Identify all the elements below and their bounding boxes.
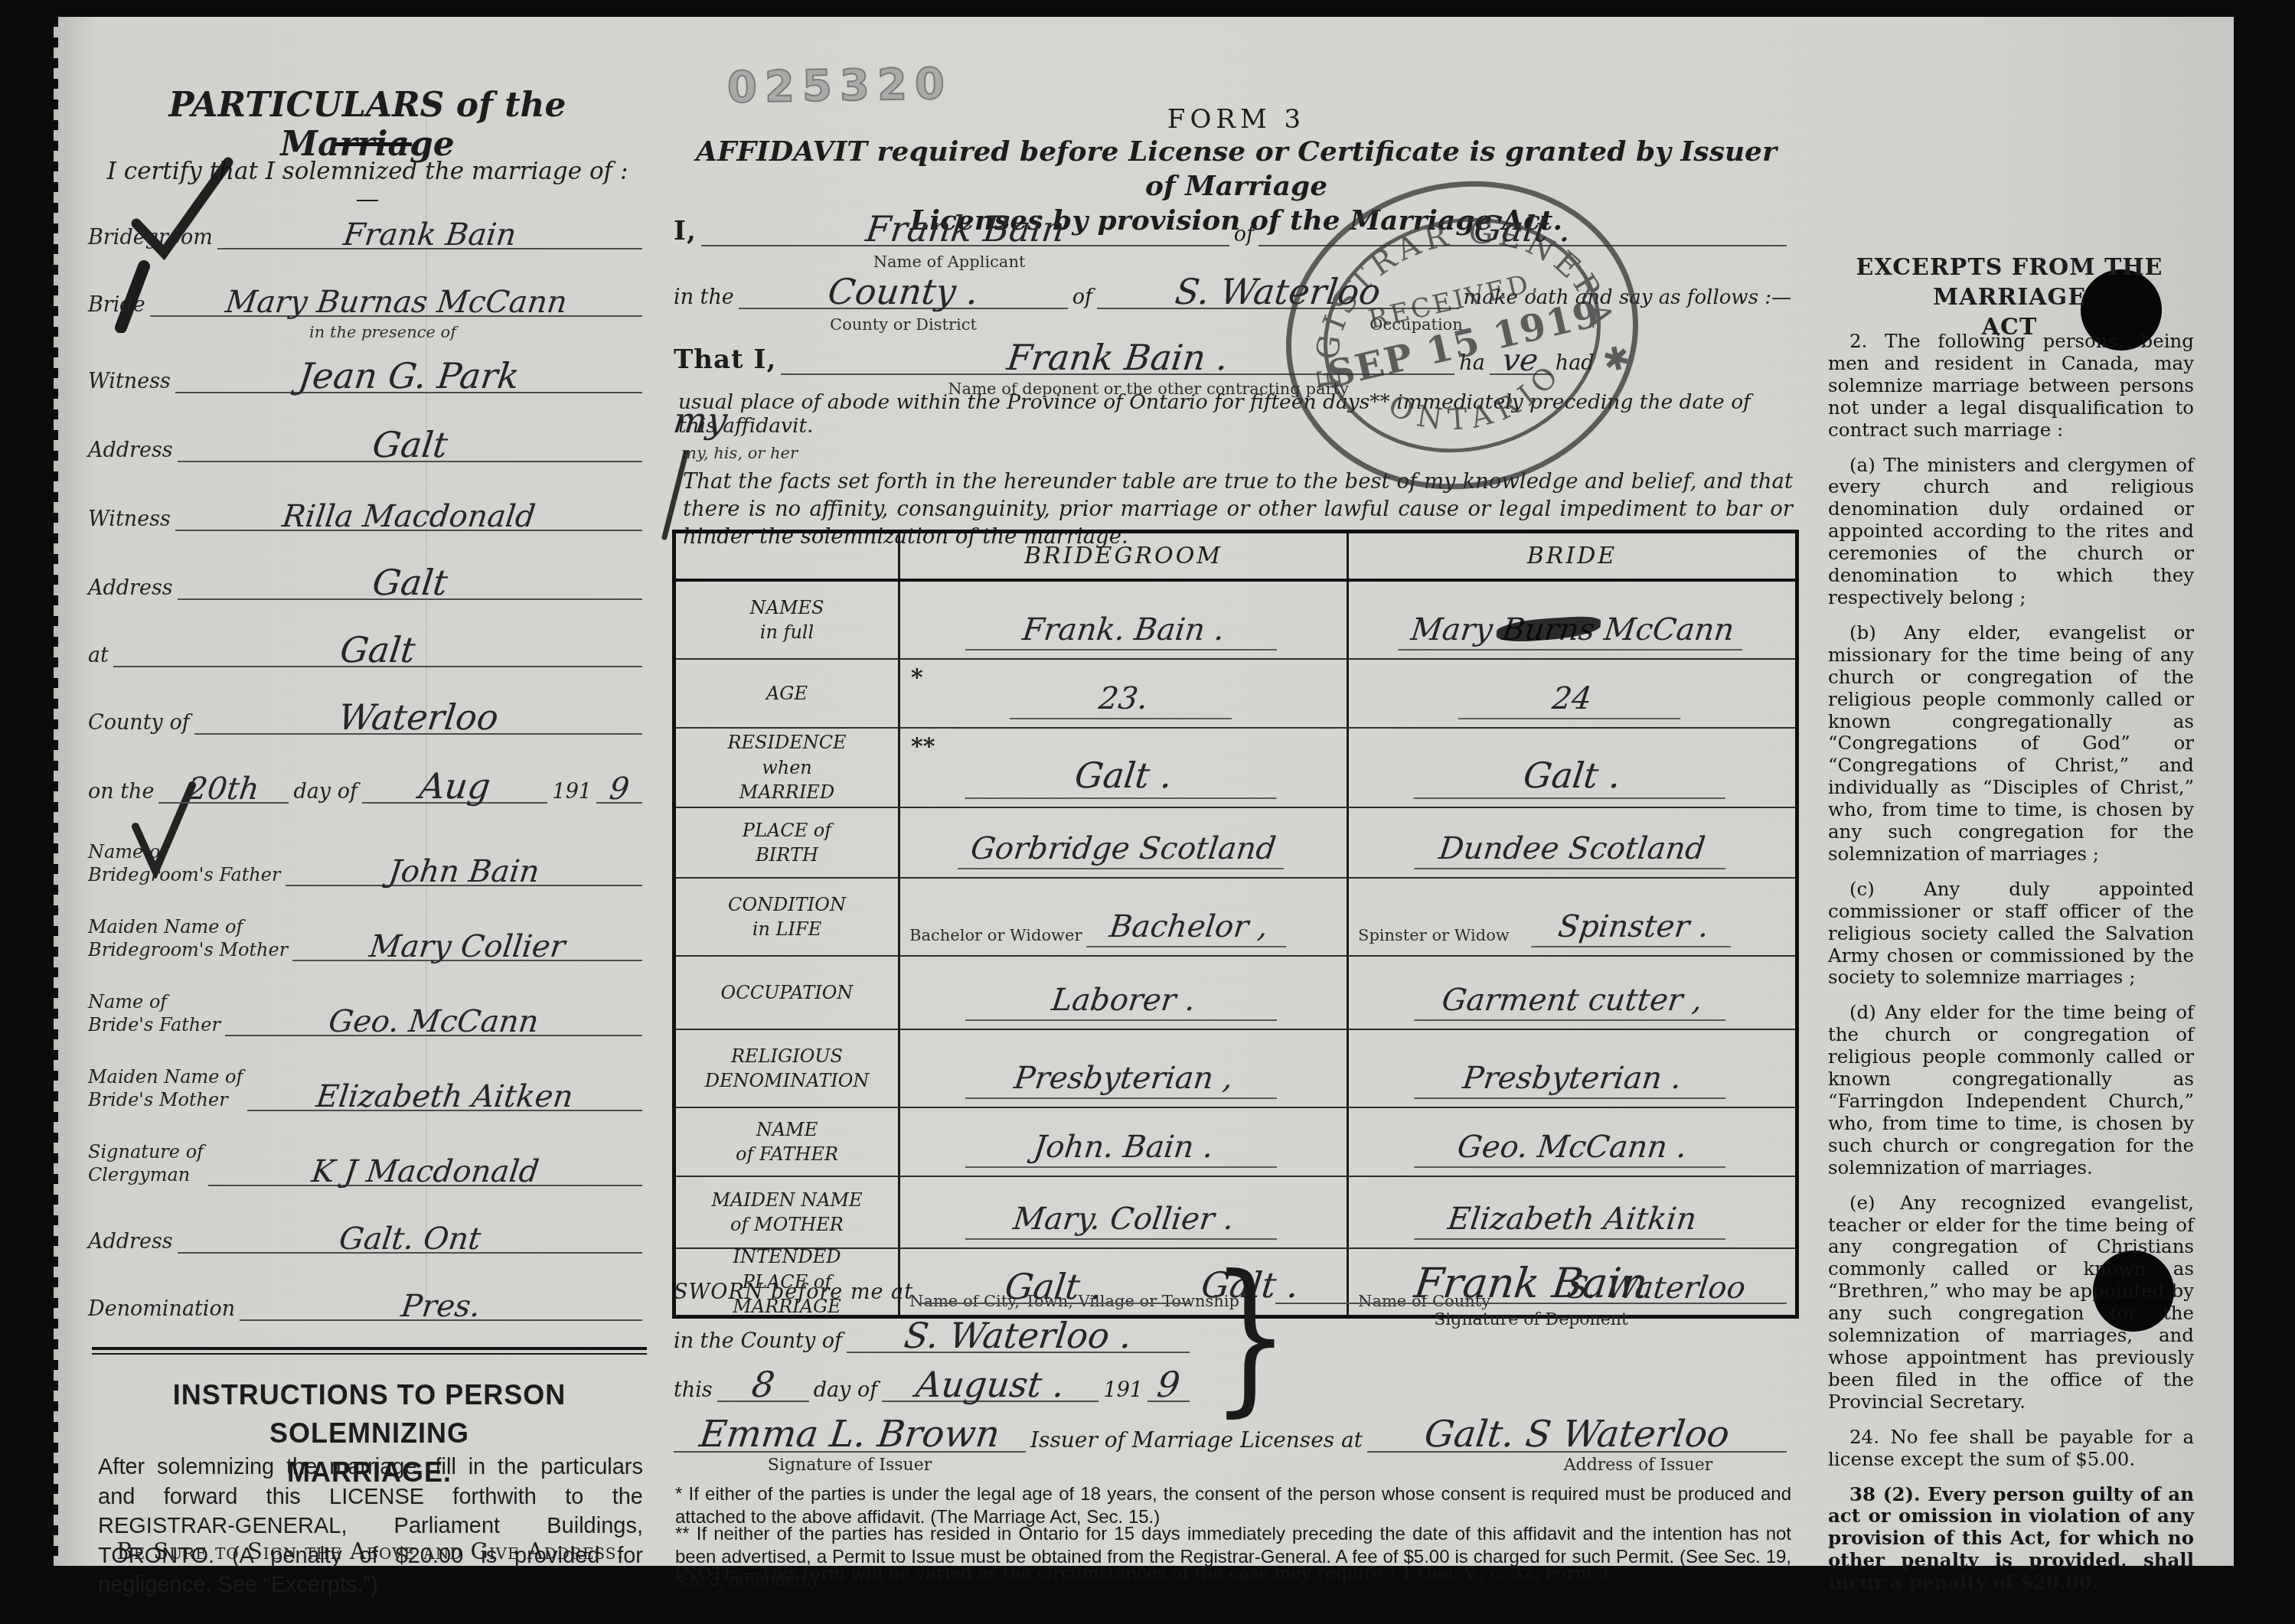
handwritten-value: Pres. — [237, 1289, 645, 1324]
groom-condition: Bachelor , — [1086, 909, 1291, 947]
table-row-mother: MAIDEN NAME of MOTHER Mary. Collier . El… — [676, 1176, 1795, 1247]
field-line: Rilla Macdonald — [175, 523, 642, 531]
issuer-address: Galt. S Waterloo — [1365, 1413, 1790, 1456]
sworn-year-line: 9 — [1147, 1394, 1190, 1402]
field-line: Geo. McCann — [225, 1029, 642, 1036]
row-label: PLACE of BIRTH — [676, 808, 900, 877]
field-line: Galt — [178, 455, 642, 462]
bride-surname: McCann — [1602, 612, 1736, 647]
handwritten-year: 9 — [594, 771, 645, 807]
year-line: 9 — [596, 796, 642, 804]
sworn-day-of-label: day of — [814, 1378, 877, 1402]
torn-left-edge — [49, 17, 58, 1566]
field-label: Address — [88, 1230, 173, 1254]
table-row-names: NAMES in full Frank. Bain . Mary Burns M… — [676, 582, 1795, 658]
sworn-year: 9 — [1145, 1364, 1193, 1405]
field-groom-father: Name of Bridegroom's Father John Bain — [88, 831, 647, 886]
divider-rule-2 — [92, 1353, 647, 1355]
issuer-row: Emma L. Brown Issuer of Marriage License… — [674, 1407, 1791, 1453]
sworn-month: August . — [880, 1364, 1102, 1405]
day-of-label: day of — [293, 780, 357, 804]
issuer-signature: Emma L. Brown — [671, 1413, 1029, 1456]
groom-father: John. Bain . — [965, 1130, 1281, 1168]
excerpt-section-2: 2. The following persons, being men and … — [1828, 331, 2194, 442]
field-witness-1: Witness Jean G. Park — [88, 349, 647, 393]
field-line: Jean G. Park — [175, 386, 642, 393]
title-rule — [335, 142, 412, 146]
table-row-father: NAME of FATHER John. Bain . Geo. McCann … — [676, 1107, 1795, 1176]
excerpts-title: EXCERPTS FROM THE MARRIAGE ACT — [1822, 253, 2197, 342]
row-label: CONDITION in LIFE — [676, 879, 900, 955]
row-label: OCCUPATION — [676, 957, 900, 1029]
sworn-county: S. Waterloo . — [844, 1315, 1193, 1356]
issuer-signature-line: Emma L. Brown — [674, 1445, 1026, 1453]
field-label: Witness — [88, 507, 171, 531]
row-label: NAMES in full — [676, 582, 900, 658]
field-line: Galt. Ont — [178, 1246, 642, 1254]
excerpt-clause-a: (a) The ministers and clergymen of every… — [1828, 455, 2194, 609]
row-label: NAME of FATHER — [676, 1108, 900, 1176]
be-sure-line: Be Sure to Sign the Above and Give Addre… — [98, 1538, 643, 1564]
issuer-address-line: Galt. S Waterloo — [1367, 1445, 1787, 1453]
field-clergy-address: Address Galt. Ont — [88, 1209, 647, 1254]
bride-father: Geo. McCann . — [1414, 1130, 1730, 1168]
bride-residence: Galt . — [1413, 755, 1730, 799]
bride-age: 24 — [1458, 681, 1685, 719]
field-bride-father: Name of Bride's Father Geo. McCann — [88, 981, 647, 1036]
field-label: Name of Bride's Father — [88, 990, 220, 1036]
field-line: K J Macdonald — [208, 1179, 642, 1186]
month-line: Aug — [362, 796, 548, 804]
sworn-label: SWORN before me at — [674, 1280, 913, 1304]
handwritten-value: Geo. McCann — [223, 1004, 645, 1039]
groom-mother: Mary. Collier . — [965, 1202, 1281, 1240]
single-asterisk: * — [911, 664, 923, 691]
field-denomination: Denomination Pres. — [88, 1277, 647, 1321]
bride-names: Mary Burns McCann — [1397, 612, 1746, 651]
footnote-note: (NOTE.—This form will be varied as the c… — [675, 1563, 1791, 1585]
field-address-1: Address Galt — [88, 418, 647, 462]
sworn-day-line: 8 — [717, 1394, 809, 1402]
sworn-month-line: August . — [882, 1394, 1099, 1402]
handwritten-value: Jean G. Park — [173, 355, 645, 396]
division-value: County . — [736, 271, 1071, 312]
bride-header: BRIDE — [1349, 533, 1795, 579]
scribbled-middle-name: Burns — [1500, 612, 1596, 647]
handwritten-value: Galt. Ont — [175, 1221, 645, 1257]
handwritten-value: Waterloo — [191, 696, 645, 738]
instructions-body: After solemnizing the marriage, fill in … — [98, 1453, 643, 1600]
field-label: Witness — [88, 370, 171, 393]
handwritten-value: Frank Bain — [215, 217, 645, 253]
field-label: Maiden Name of Bride's Mother — [88, 1065, 243, 1111]
handwritten-value: Rilla Macdonald — [173, 499, 645, 534]
sworn-date-row: this 8 day of August . 191 9 — [674, 1359, 1194, 1402]
of-label: of — [1234, 223, 1254, 246]
field-label: Bridegroom — [88, 226, 213, 249]
deponent-signature: Frank Bain — [1272, 1259, 1790, 1307]
form-number: FORM 3 — [842, 104, 1631, 135]
excerpt-section-24: 24. No fee shall be payable for a licens… — [1828, 1427, 2194, 1471]
scanned-marriage-affidavit: PARTICULARS of the Marriage I certify th… — [0, 0, 2295, 1624]
particulars-title: PARTICULARS of the Marriage — [100, 86, 635, 164]
sworn-county-line: S. Waterloo . — [847, 1345, 1190, 1353]
division-line: County . — [739, 302, 1068, 309]
day-line: 20th — [158, 796, 289, 804]
field-line: Galt — [178, 592, 642, 600]
field-clergyman-signature: Signature of Clergyman K J Macdonald — [88, 1131, 647, 1186]
deponent-signature-line: Frank Bain — [1275, 1296, 1787, 1304]
excerpt-section-38: 38 (2). Every person guilty of an act or… — [1828, 1484, 2194, 1595]
deponent-signature-caption: Signature of Deponent — [1301, 1310, 1761, 1329]
field-witness-2: Witness Rilla Macdonald — [88, 487, 647, 531]
field-line: Waterloo — [194, 727, 642, 735]
table-header: BRIDEGROOM BRIDE — [676, 533, 1795, 582]
presence-of-label: in the presence of — [230, 323, 536, 341]
field-label: Signature of Clergyman — [88, 1140, 204, 1186]
i-label: I, — [674, 216, 697, 246]
of-label-2: of — [1072, 285, 1092, 309]
issuer-signature-caption: Signature of Issuer — [712, 1456, 988, 1475]
divider-rule — [92, 1347, 647, 1350]
groom-age: 23. — [1010, 681, 1236, 719]
sworn-county-row: in the County of S. Waterloo . — [674, 1310, 1194, 1353]
table-row-religion: RELIGIOUS DENOMINATION Presbyterian , Pr… — [676, 1029, 1795, 1107]
applicant-name: Frank Bain — [698, 208, 1232, 249]
handwritten-value: K J Macdonald — [206, 1154, 645, 1189]
svg-text:✱: ✱ — [1599, 338, 1634, 380]
header-spacer — [676, 533, 900, 579]
field-line: Pres. — [240, 1313, 642, 1321]
handwritten-value: Mary Burnas McCann — [148, 285, 645, 320]
field-label: at — [88, 644, 109, 667]
row-label: MAIDEN NAME of MOTHER — [676, 1177, 900, 1247]
spinster-widow-caption: Spinster or Widow — [1358, 926, 1510, 944]
in-the-label: in the — [674, 285, 734, 309]
excerpt-clause-c: (c) Any duly appointed commissioner or s… — [1828, 879, 2194, 990]
handwritten-day: 20th — [157, 771, 292, 807]
field-label: Name of Bridegroom's Father — [88, 840, 281, 886]
year-printed: 191 — [552, 780, 592, 804]
sworn-year-printed: 191 — [1103, 1378, 1143, 1402]
groom-religion: Presbyterian , — [965, 1061, 1281, 1099]
bridegroom-bride-table: BRIDEGROOM BRIDE NAMES in full Frank. Ba… — [672, 530, 1799, 1319]
table-row-age: AGE *23. 24 — [676, 658, 1795, 727]
on-the-label: on the — [88, 780, 154, 804]
registrar-received-stamp: REGISTRAR GENERAL ONTARIO RECEIVED, SEP … — [1263, 167, 1661, 504]
field-label: Denomination — [88, 1297, 235, 1321]
bride-religion: Presbyterian . — [1414, 1061, 1730, 1099]
field-groom-mother: Maiden Name of Bridegroom's Mother Mary … — [88, 906, 647, 961]
field-bride: Bride Mary Burnas McCann — [88, 272, 647, 317]
groom-occupation: Laborer . — [965, 983, 1281, 1021]
handwritten-value: John Bain — [283, 854, 645, 889]
field-at: at Galt — [88, 623, 647, 667]
bride-birthplace: Dundee Scotland — [1414, 831, 1730, 869]
field-bridegroom: Bridegroom Frank Bain — [88, 205, 647, 249]
issuer-at-label: Issuer of Marriage Licenses at — [1030, 1427, 1363, 1453]
field-line: Elizabeth Aitken — [247, 1104, 642, 1111]
bride-mother: Elizabeth Aitkin — [1414, 1202, 1730, 1240]
handwritten-value: Elizabeth Aitken — [246, 1079, 645, 1114]
handwritten-value: Mary Collier — [290, 929, 644, 964]
field-line: Mary Burnas McCann — [150, 309, 642, 317]
field-line: Mary Collier — [292, 954, 642, 961]
my-his-her-caption: my, his, or her — [681, 444, 798, 462]
row-label: AGE — [676, 660, 900, 727]
sworn-day: 8 — [714, 1364, 811, 1405]
deponent-signature-row: Frank Bain — [1271, 1261, 1791, 1304]
field-line: Galt — [113, 660, 642, 667]
handwritten-month: Aug — [360, 765, 550, 807]
table-row-occupation: OCCUPATION Laborer . Garment cutter , — [676, 955, 1795, 1029]
footnote-under-age: * If either of the parties is under the … — [675, 1483, 1791, 1529]
row-label: RESIDENCE when MARRIED — [676, 729, 900, 807]
groom-names: Frank. Bain . — [965, 612, 1281, 651]
bridegroom-header: BRIDEGROOM — [900, 533, 1349, 579]
field-county: County of Waterloo — [88, 690, 647, 735]
field-address-2: Address Galt — [88, 556, 647, 600]
excerpt-clause-d: (d) Any elder for the time being of the … — [1828, 1002, 2194, 1179]
bride-condition: Spinster . — [1531, 909, 1735, 947]
field-label: Address — [88, 576, 173, 600]
sworn-county-label: in the County of — [674, 1329, 842, 1353]
sworn-at-row: SWORN before me at Galt . — [674, 1261, 1194, 1304]
field-bride-mother: Maiden Name of Bride's Mother Elizabeth … — [88, 1056, 647, 1111]
table-row-birthplace: PLACE of BIRTH Gorbridge Scotland Dundee… — [676, 807, 1795, 877]
field-label: Maiden Name of Bridegroom's Mother — [88, 915, 288, 961]
sworn-place-line: Galt . — [918, 1296, 1190, 1304]
bride-occupation: Garment cutter , — [1414, 983, 1730, 1021]
double-asterisk: ** — [911, 733, 935, 760]
applicant-name-line: Frank Bain — [701, 239, 1229, 246]
field-label: County of — [88, 711, 190, 735]
that-i-label: That I, — [674, 344, 776, 375]
handwritten-value: Galt — [175, 424, 645, 465]
field-date: on the 20th day of Aug 191 9 — [88, 759, 647, 804]
row-label: RELIGIOUS DENOMINATION — [676, 1030, 900, 1107]
table-row-residence: RESIDENCE when MARRIED **Galt . Galt . — [676, 727, 1795, 807]
groom-birthplace: Gorbridge Scotland — [958, 831, 1288, 869]
field-line: Frank Bain — [217, 242, 642, 249]
bride-first-name: Mary — [1409, 612, 1494, 647]
this-label: this — [674, 1378, 713, 1402]
excerpt-clause-e: (e) Any recognized evangelist, teacher o… — [1828, 1192, 2194, 1414]
issuer-address-caption: Address of Issuer — [1500, 1456, 1776, 1475]
field-line: John Bain — [286, 879, 643, 886]
field-label: Bride — [88, 293, 145, 317]
excerpts-body: 2. The following persons, being men and … — [1828, 331, 2194, 1607]
sworn-place: Galt . — [916, 1266, 1193, 1307]
excerpt-clause-b: (b) Any elder, evangelist or missionary … — [1828, 622, 2194, 866]
bachelor-widower-caption: Bachelor or Widower — [909, 926, 1082, 944]
field-label: Address — [88, 439, 173, 462]
table-row-condition: CONDITION in LIFE Bachelor or WidowerBac… — [676, 877, 1795, 955]
handwritten-value: Galt — [111, 629, 645, 670]
handwritten-value: Galt — [175, 562, 645, 603]
groom-residence: Galt . — [965, 755, 1281, 799]
